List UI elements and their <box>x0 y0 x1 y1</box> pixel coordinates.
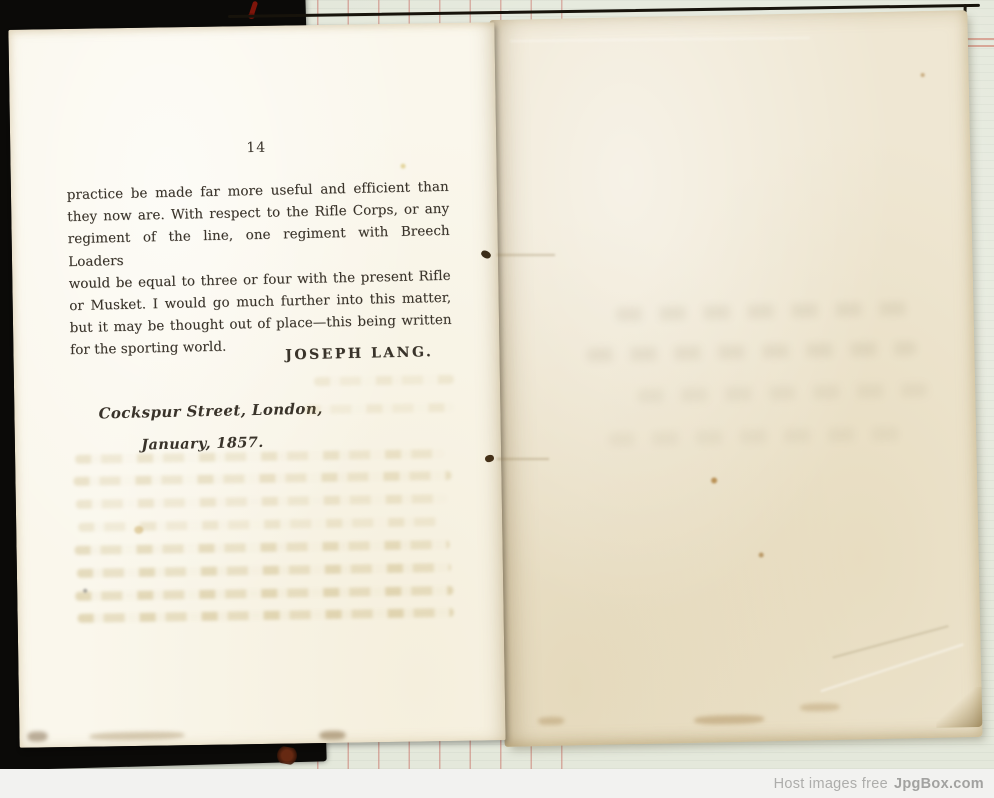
stain-spot <box>759 552 764 557</box>
page-crease <box>510 37 810 42</box>
stain-spot <box>83 589 87 593</box>
show-through-mottle <box>615 301 915 321</box>
stain-streak <box>538 717 564 726</box>
page-number: 14 <box>66 136 447 160</box>
stain-streak <box>319 731 345 740</box>
address-line: Cockspur Street, London, <box>98 400 323 423</box>
left-page: 14 practice be made far more useful and … <box>8 22 505 748</box>
stain-streak <box>694 714 764 724</box>
cover-band-ornament <box>275 745 300 766</box>
stain-spot <box>401 164 406 169</box>
stain-spot <box>711 477 717 483</box>
right-page <box>489 10 982 747</box>
show-through-mottle <box>586 341 916 362</box>
watermark-brand: JpgBox.com <box>894 776 984 792</box>
watermark-text: Host images free <box>774 776 888 792</box>
stain-streak <box>27 731 47 741</box>
printed-text-layer: 14 practice be made far more useful and … <box>6 21 508 749</box>
host-site-strip: Host images free JpgBox.com <box>0 769 994 798</box>
gutter-crease <box>497 458 549 460</box>
show-through-mottle <box>637 383 927 403</box>
scanned-book-photo: 14 practice be made far more useful and … <box>0 0 994 798</box>
stain-streak <box>800 703 840 712</box>
date-line: January, 1857. <box>141 434 264 454</box>
show-through-mottle <box>608 426 908 446</box>
folded-corner <box>936 687 983 728</box>
stain-spot <box>921 73 925 77</box>
body-paragraph: practice be made far more useful and eff… <box>67 177 453 363</box>
gutter-crease <box>497 254 555 256</box>
page-crease <box>821 643 964 692</box>
